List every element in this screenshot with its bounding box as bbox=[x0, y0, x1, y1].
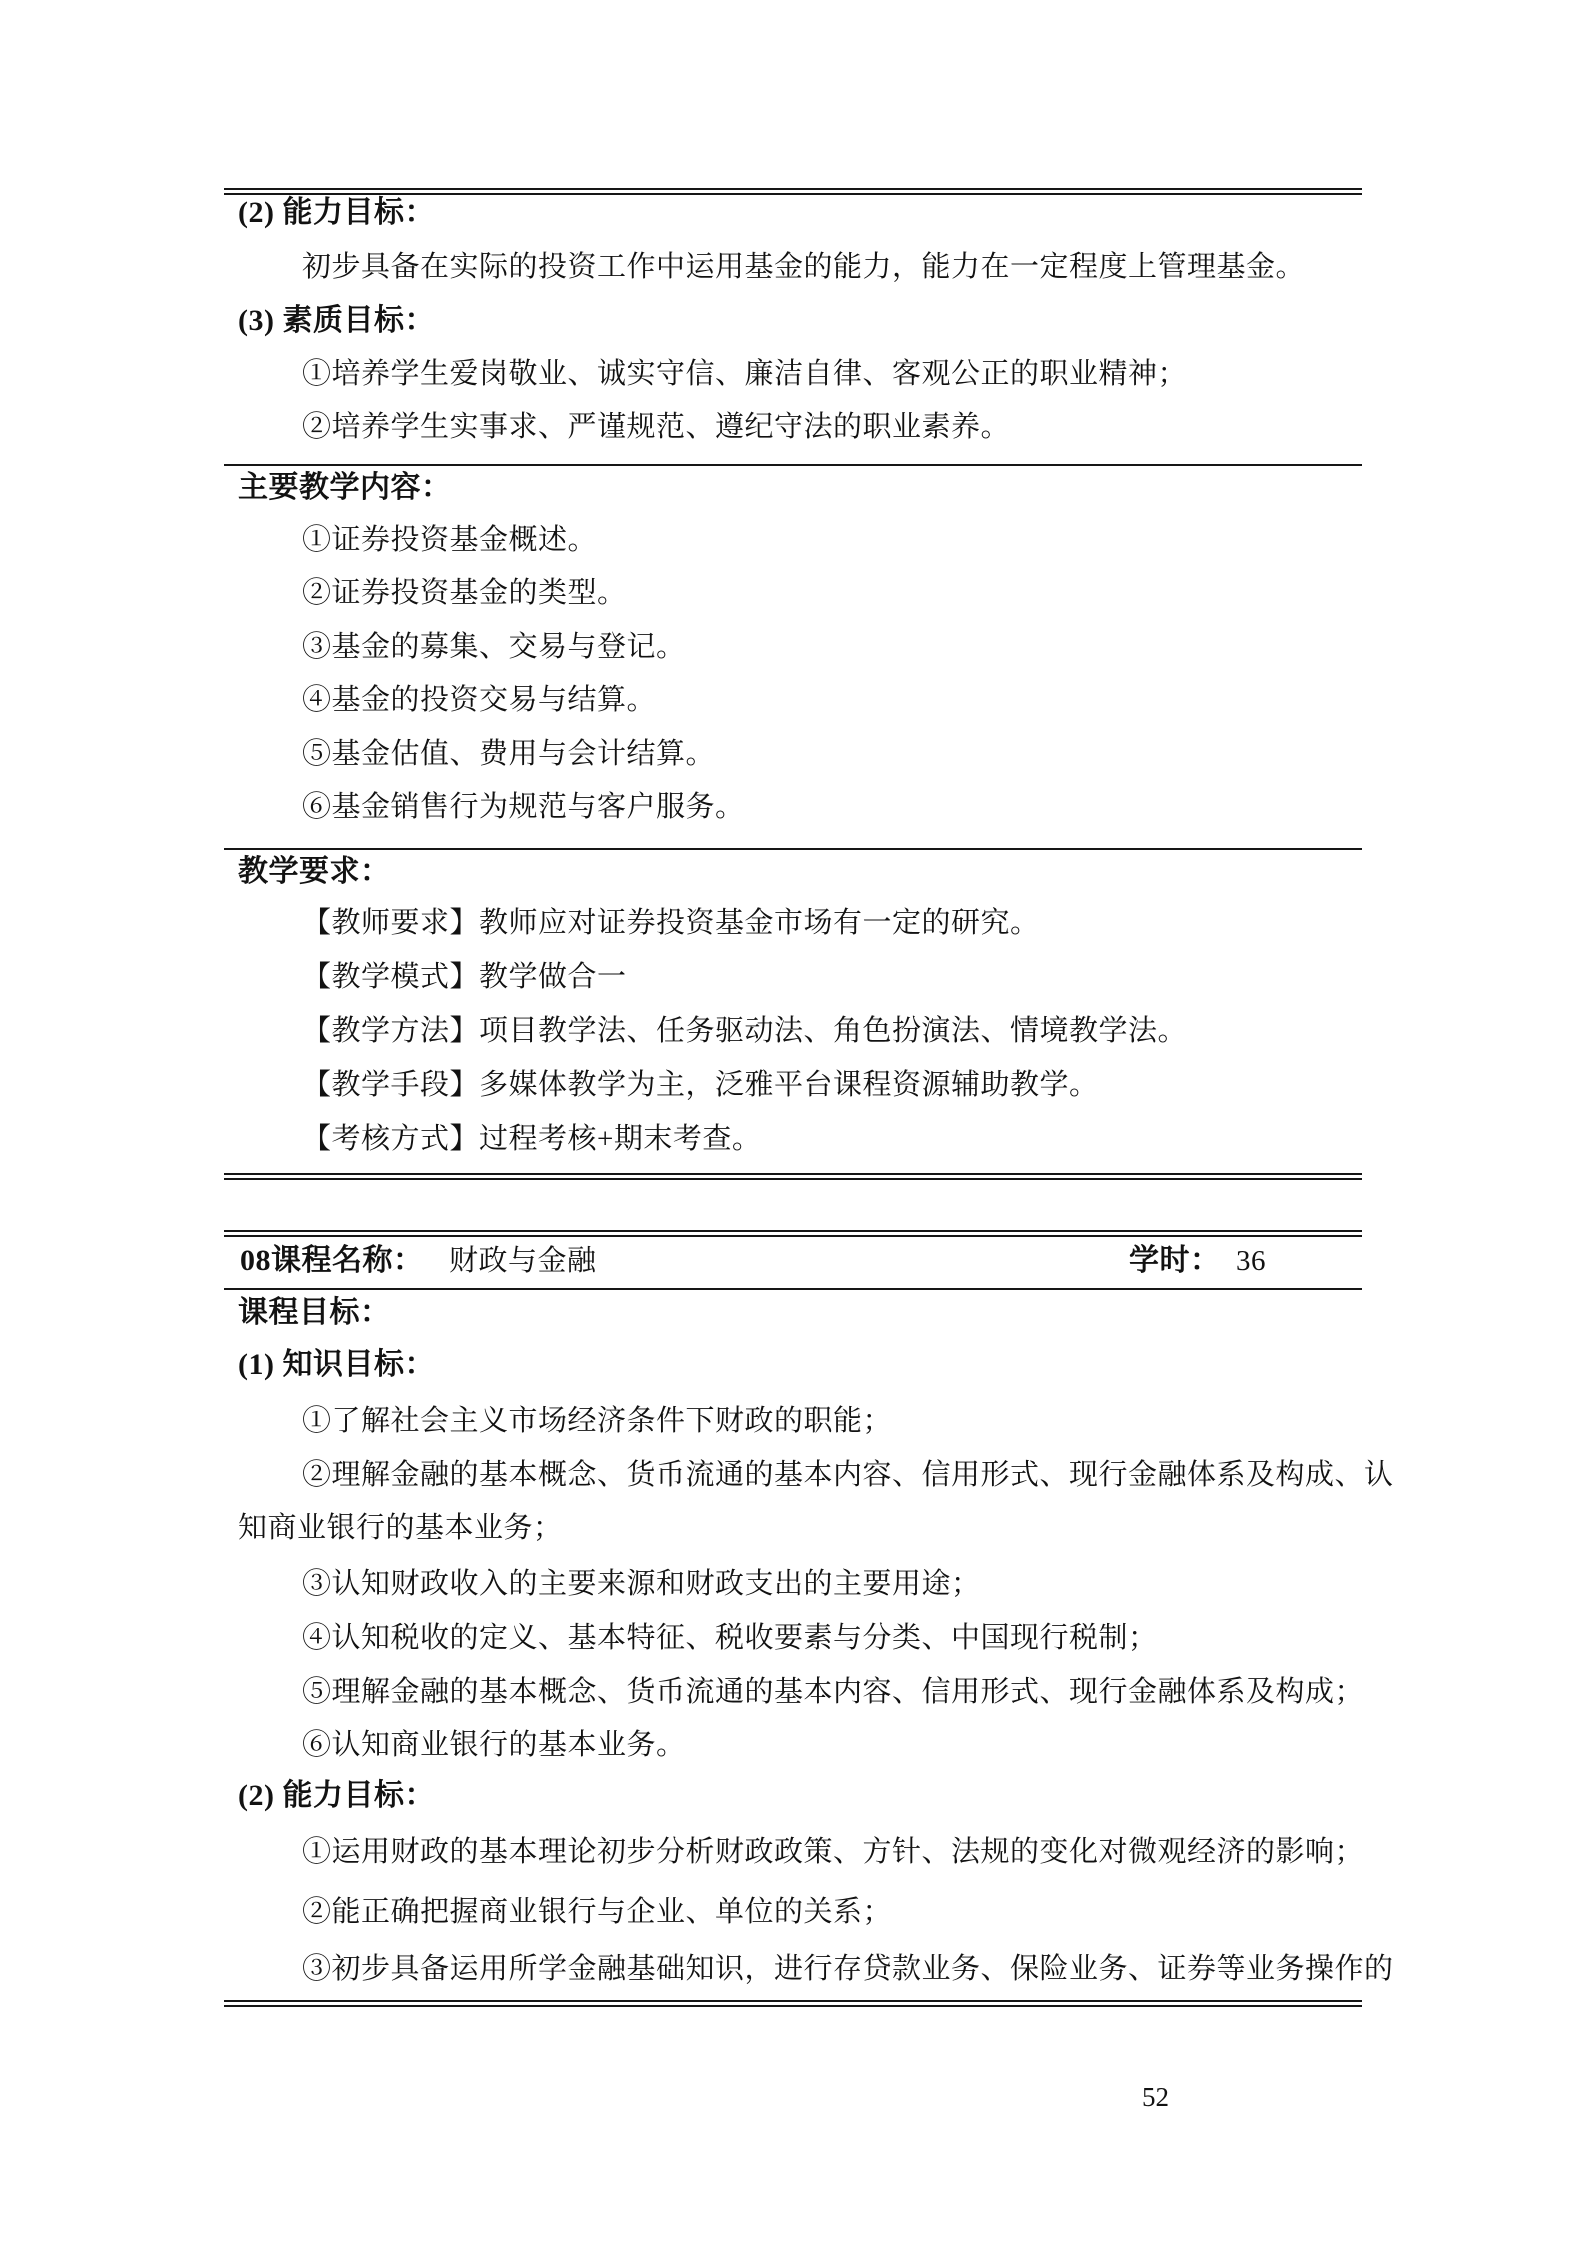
teaching-content-item: ③基金的募集、交易与登记。 bbox=[224, 620, 1462, 674]
course-hours-label: 学时： bbox=[1129, 1234, 1221, 1288]
document-page: (2) 能力目标： 初步具备在实际的投资工作中运用基金的能力，能力在一定程度上管… bbox=[0, 0, 1587, 2245]
heading-course-objectives: 课程目标： bbox=[224, 1286, 1398, 1340]
teaching-content-item: ⑤基金估值、费用与会计结算。 bbox=[224, 727, 1462, 781]
table2-bottom-border bbox=[224, 2000, 1362, 2007]
course-hours-value: 36 bbox=[1236, 1234, 1266, 1288]
heading-teaching-requirements: 教学要求： bbox=[224, 845, 1398, 899]
ability-goal-line: ②能正确把握商业银行与企业、单位的关系； bbox=[224, 1885, 1462, 1939]
quality-goal-item: ①培养学生爱岗敬业、诚实守信、廉洁自律、客观公正的职业精神； bbox=[224, 347, 1462, 401]
knowledge-goal-line: ⑥认知商业银行的基本业务。 bbox=[224, 1718, 1462, 1772]
page-number: 52 bbox=[1142, 2070, 1169, 2124]
knowledge-goal-line: ④认知税收的定义、基本特征、税收要素与分类、中国现行税制； bbox=[224, 1611, 1462, 1665]
knowledge-goal-line: ①了解社会主义市场经济条件下财政的职能； bbox=[224, 1394, 1462, 1448]
teaching-requirement-item: 【教师要求】教师应对证券投资基金市场有一定的研究。 bbox=[224, 896, 1462, 950]
knowledge-goal-line: ②理解金融的基本概念、货币流通的基本内容、信用形式、现行金融体系及构成、认 bbox=[224, 1448, 1462, 1502]
course-name-label: 08课程名称： bbox=[240, 1234, 424, 1288]
teaching-content-item: ⑥基金销售行为规范与客户服务。 bbox=[224, 780, 1462, 834]
teaching-requirement-item: 【教学手段】多媒体教学为主，泛雅平台课程资源辅助教学。 bbox=[224, 1058, 1462, 1112]
heading-quality-goal: (3) 素质目标： bbox=[224, 294, 1398, 348]
ability-goal-line: ③初步具备运用所学金融基础知识，进行存贷款业务、保险业务、证券等业务操作的 bbox=[224, 1942, 1462, 1996]
knowledge-goal-line: ⑤理解金融的基本概念、货币流通的基本内容、信用形式、现行金融体系及构成； bbox=[224, 1665, 1462, 1719]
teaching-requirement-item: 【教学模式】教学做合一 bbox=[224, 950, 1462, 1004]
teaching-content-item: ①证券投资基金概述。 bbox=[224, 513, 1462, 567]
heading-ability-goal: (2) 能力目标： bbox=[224, 186, 1398, 240]
quality-goal-item: ②培养学生实事求、严谨规范、遵纪守法的职业素养。 bbox=[224, 400, 1462, 454]
teaching-requirement-item: 【教学方法】项目教学法、任务驱动法、角色扮演法、情境教学法。 bbox=[224, 1004, 1462, 1058]
knowledge-goal-line: 知商业银行的基本业务； bbox=[224, 1501, 1398, 1555]
knowledge-goal-line: ③认知财政收入的主要来源和财政支出的主要用途； bbox=[224, 1557, 1462, 1611]
teaching-content-item: ④基金的投资交易与结算。 bbox=[224, 673, 1462, 727]
course-name-value: 财政与金融 bbox=[449, 1234, 597, 1288]
heading-teaching-content: 主要教学内容： bbox=[224, 461, 1398, 515]
table1-bottom-border bbox=[224, 1173, 1362, 1180]
ability-goal-line: ①运用财政的基本理论初步分析财政政策、方针、法规的变化对微观经济的影响； bbox=[224, 1825, 1462, 1879]
syllabus-table: (2) 能力目标： 初步具备在实际的投资工作中运用基金的能力，能力在一定程度上管… bbox=[224, 0, 1384, 2245]
course-title-row: 08课程名称： 财政与金融 学时： 36 bbox=[224, 1234, 1384, 1288]
teaching-content-item: ②证券投资基金的类型。 bbox=[224, 566, 1462, 620]
paragraph-ability-goal: 初步具备在实际的投资工作中运用基金的能力，能力在一定程度上管理基金。 bbox=[224, 240, 1462, 294]
teaching-requirement-item: 【考核方式】过程考核+期末考查。 bbox=[224, 1112, 1462, 1166]
heading-ability-goal-08: (2) 能力目标： bbox=[224, 1769, 1398, 1823]
heading-knowledge-goal: (1) 知识目标： bbox=[224, 1338, 1398, 1392]
